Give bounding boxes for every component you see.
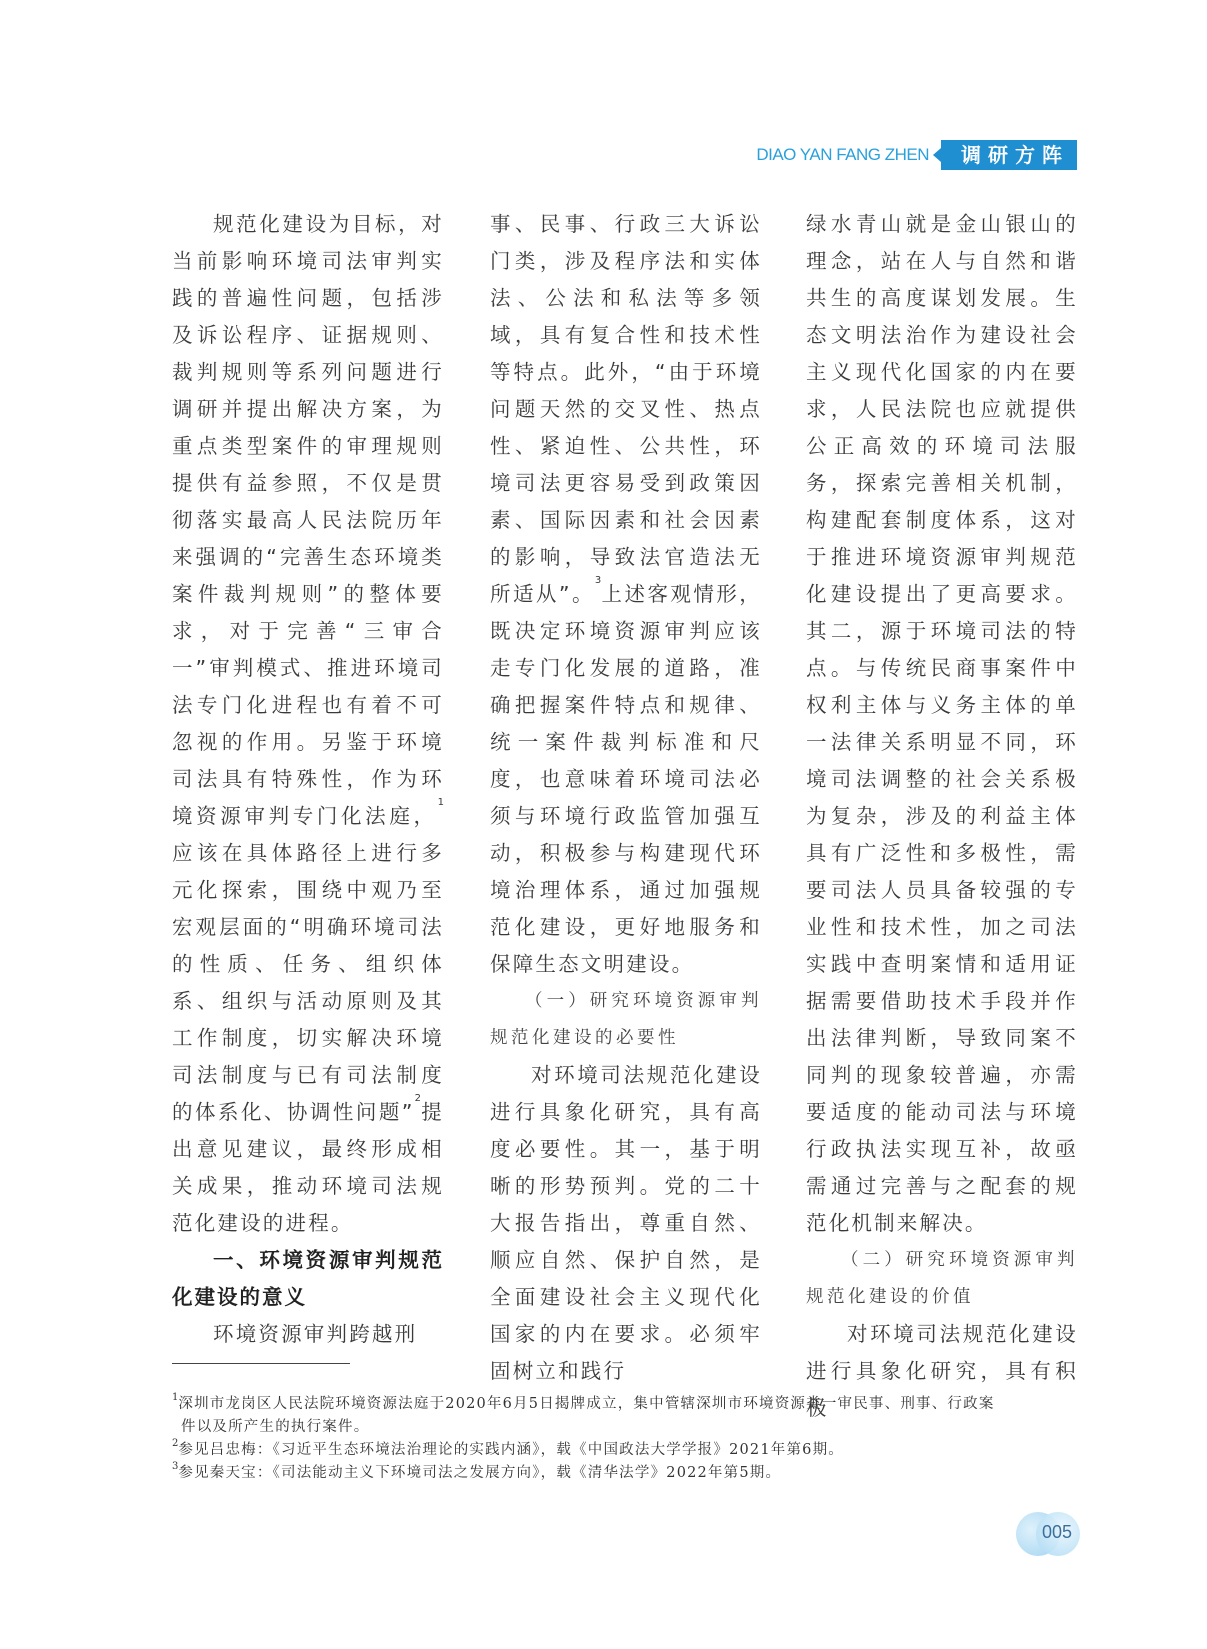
page-number-badge: 005 xyxy=(1016,1509,1106,1559)
section-title-en: DIAO YAN FANG ZHEN xyxy=(756,145,929,165)
section-header: DIAO YAN FANG ZHEN 调研方阵 xyxy=(756,140,1077,170)
footnote-2: 2参见吕忠梅：《习近平生态环境法治理论的实践内涵》，载《中国政法大学学报》202… xyxy=(172,1439,1084,1462)
footnote-3: 3参见秦天宝：《司法能动主义下环境司法之发展方向》，载《清华法学》2022年第5… xyxy=(172,1462,1084,1485)
column-1: 规范化建设为目标，对当前影响环境司法审判实践的普遍性问题，包括涉及诉讼程序、证据… xyxy=(172,206,444,1353)
paragraph-text: 上述客观情形，既决定环境资源审判应该走专门化发展的道路，准确把握案件特点和规律、… xyxy=(490,582,762,976)
section-heading: 一、环境资源审判规范化建设的意义 xyxy=(172,1242,444,1316)
footnote-text: 参见秦天宝：《司法能动主义下环境司法之发展方向》，载《清华法学》2022年第5期… xyxy=(178,1465,781,1481)
subsection-heading: （二）研究环境资源审判规范化建设的价值 xyxy=(806,1242,1078,1316)
paragraph-text: 事、民事、行政三大诉讼门类，涉及程序法和实体法、公法和私法等多领域，具有复合性和… xyxy=(490,212,762,606)
column-3: 绿水青山就是金山银山的理念，站在人与自然和谐共生的高度谋划发展。生态文明法治作为… xyxy=(806,206,1078,1427)
subsection-heading: （一）研究环境资源审判规范化建设的必要性 xyxy=(490,983,762,1057)
paragraph: 环境资源审判跨越刑 xyxy=(172,1316,444,1353)
paragraph: 绿水青山就是金山银山的理念，站在人与自然和谐共生的高度谋划发展。生态文明法治作为… xyxy=(806,206,1078,1242)
paragraph: 规范化建设为目标，对当前影响环境司法审判实践的普遍性问题，包括涉及诉讼程序、证据… xyxy=(172,206,444,1242)
paragraph: 对环境司法规范化建设进行具象化研究，具有高度必要性。其一，基于明晰的形势预判。党… xyxy=(490,1057,762,1390)
footnote-ref[interactable]: 1 xyxy=(438,797,444,808)
column-2: 事、民事、行政三大诉讼门类，涉及程序法和实体法、公法和私法等多领域，具有复合性和… xyxy=(490,206,762,1390)
footnote-text: 参见吕忠梅：《习近平生态环境法治理论的实践内涵》，载《中国政法大学学报》2021… xyxy=(178,1442,844,1458)
page-number: 005 xyxy=(1042,1522,1072,1543)
paragraph-text: 规范化建设为目标，对当前影响环境司法审判实践的普遍性问题，包括涉及诉讼程序、证据… xyxy=(172,212,444,828)
footnote-1-continued: 件以及所产生的执行案件。 xyxy=(172,1416,1084,1439)
footnote-text: 深圳市龙岗区人民法院环境资源法庭于2020年6月5日揭牌成立，集中管辖深圳市环境… xyxy=(178,1396,994,1412)
arrow-left-icon xyxy=(933,148,941,162)
footnotes: 1深圳市龙岗区人民法院环境资源法庭于2020年6月5日揭牌成立，集中管辖深圳市环… xyxy=(172,1393,1084,1485)
footnote-divider xyxy=(172,1363,350,1364)
section-title-cn: 调研方阵 xyxy=(941,140,1077,170)
footnote-1: 1深圳市龙岗区人民法院环境资源法庭于2020年6月5日揭牌成立，集中管辖深圳市环… xyxy=(172,1393,1084,1416)
paragraph-text: 应该在具体路径上进行多元化探索，围绕中观乃至宏观层面的“明确环境司法的性质、任务… xyxy=(172,841,444,1124)
paragraph: 事、民事、行政三大诉讼门类，涉及程序法和实体法、公法和私法等多领域，具有复合性和… xyxy=(490,206,762,983)
